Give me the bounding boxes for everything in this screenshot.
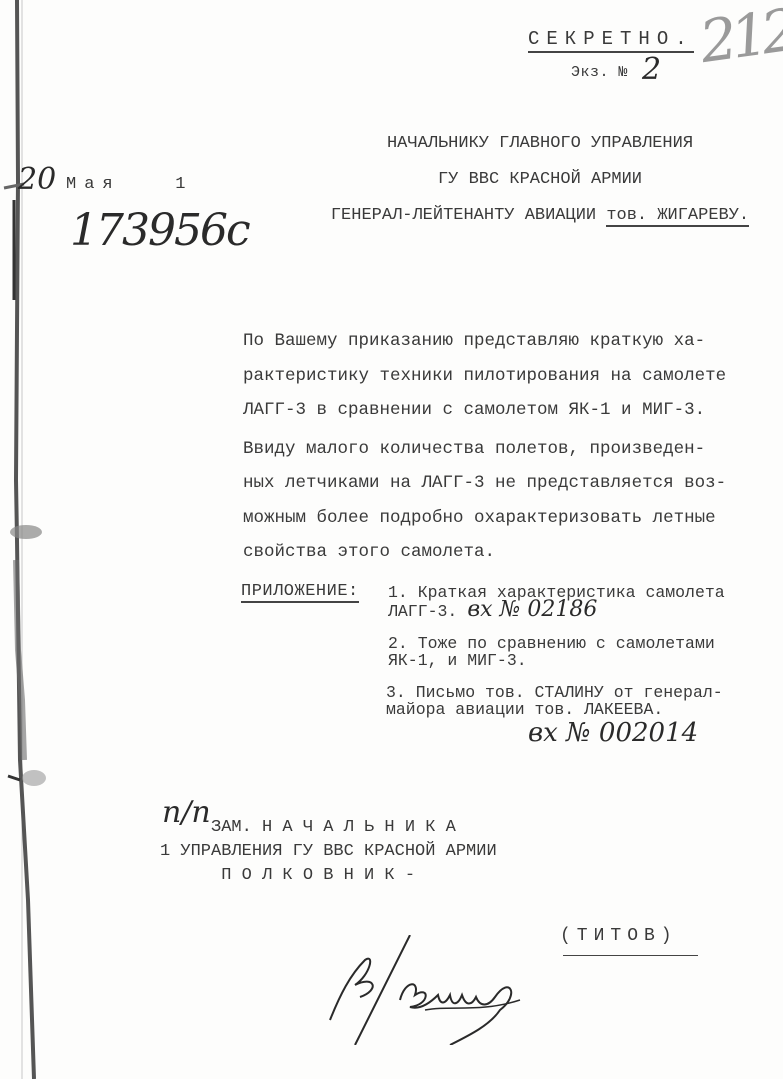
addressee-line-3: ГЕНЕРАЛ-ЛЕЙТЕНАНТУ АВИАЦИИ тов. ЖИГАРЕВУ…: [300, 198, 780, 234]
attachment-3-incoming-ref: вх № 002014: [528, 718, 698, 748]
addressee-rank: ГЕНЕРАЛ-ЛЕЙТЕНАНТУ АВИАЦИИ: [331, 206, 606, 225]
date-day-handwritten: 20: [18, 162, 56, 197]
addressee-block: НАЧАЛЬНИКУ ГЛАВНОГО УПРАВЛЕНИЯ ГУ ВВС КР…: [300, 126, 780, 234]
body-p2-line-4: свойства этого самолета.: [243, 535, 773, 570]
attachment-item-2: 2. Тоже по сравнению с самолетами ЯК-1, …: [388, 635, 715, 669]
addressee-name: тов. ЖИГАРЕВУ.: [606, 206, 749, 227]
attachments-label: ПРИЛОЖЕНИЕ:: [241, 582, 359, 603]
sheet-number-handwritten: 212: [696, 0, 783, 76]
classification-stamp: СЕКРЕТНО.: [528, 28, 694, 53]
registration-number-handwritten: 173956с: [70, 205, 249, 256]
body-p2-line-3: можным более подробно охарактеризовать л…: [243, 501, 773, 536]
body-p1-line-3: ЛАГГ-3 в сравнении с самолетом ЯК-1 и МИ…: [243, 393, 773, 428]
handwritten-signature: В/Вотинов: [320, 935, 560, 1045]
attachment-1-incoming-ref: вх № 02186: [467, 597, 597, 622]
document-page: 212 СЕКРЕТНО. Экз. № 2 НАЧАЛЬНИКУ ГЛАВНО…: [0, 0, 783, 1079]
body-p1-line-1: По Вашему приказанию представляю краткую…: [243, 324, 773, 359]
signatory-line-3: П О Л К О В Н И К -: [160, 864, 497, 888]
attachment-item-1: 1. Краткая характеристика самолета ЛАГГ-…: [388, 584, 725, 620]
copy-label: Экз. №: [571, 64, 628, 81]
attachment-item-3: 3. Письмо тов. СТАЛИНУ от генерал- майор…: [386, 684, 723, 718]
body-p1-line-2: рактеристику техники пилотирования на са…: [243, 359, 773, 394]
addressee-line-1: НАЧАЛЬНИКУ ГЛАВНОГО УПРАВЛЕНИЯ: [300, 126, 780, 162]
copy-number: 2: [642, 52, 661, 87]
body-text: По Вашему приказанию представляю краткую…: [243, 324, 773, 570]
body-p2-line-2: ных летчиками на ЛАГГ-3 не представляетс…: [243, 466, 773, 501]
addressee-line-2: ГУ ВВС КРАСНОЙ АРМИИ: [300, 162, 780, 198]
date-month-year: Мая 1: [66, 175, 193, 194]
signatory-name-underline: [563, 955, 698, 956]
body-p2-line-1: Ввиду малого количества полетов, произве…: [243, 432, 773, 467]
signatory-line-2: 1 УПРАВЛЕНИЯ ГУ ВВС КРАСНОЙ АРМИИ: [160, 840, 497, 864]
signatory-block: ЗАМ. Н А Ч А Л Ь Н И К А 1 УПРАВЛЕНИЯ ГУ…: [160, 816, 497, 888]
signatory-name: (ТИТОВ): [560, 926, 678, 946]
signatory-line-1: ЗАМ. Н А Ч А Л Ь Н И К А: [160, 816, 497, 840]
